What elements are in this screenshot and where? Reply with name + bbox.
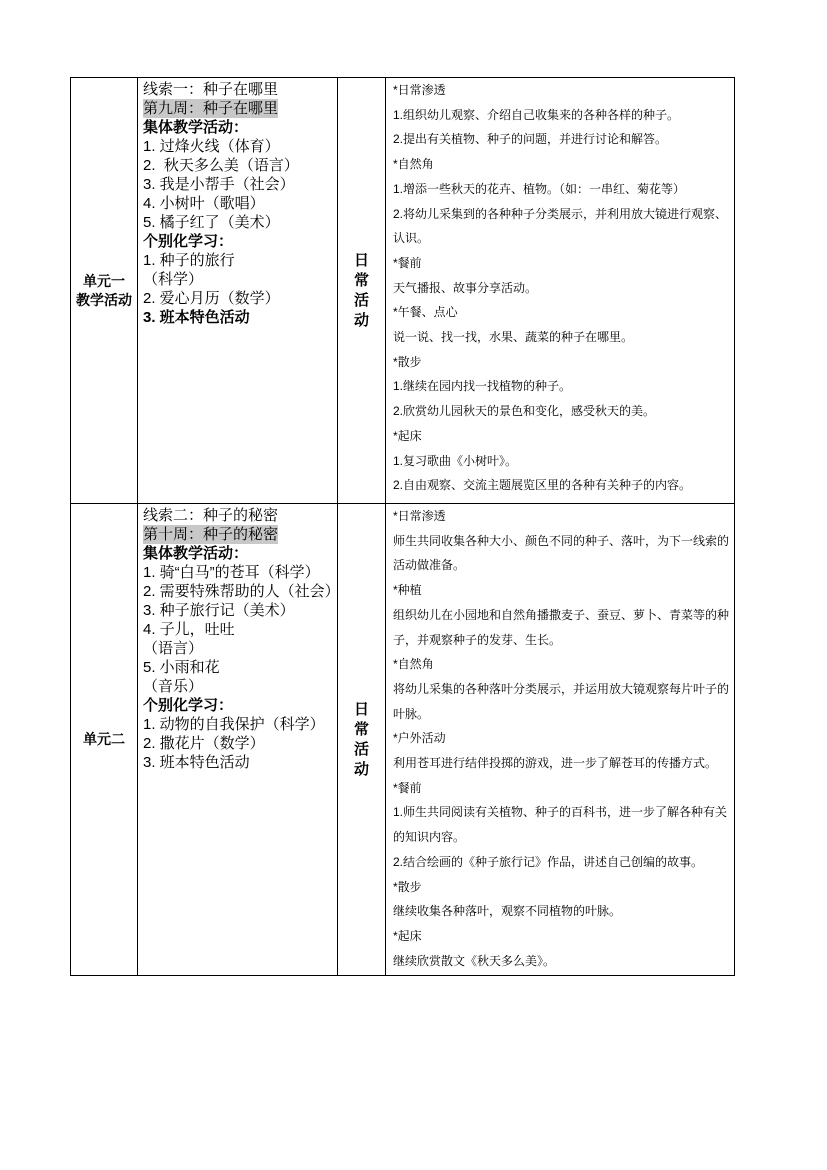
plan-line: （音乐） <box>143 677 203 696</box>
daily-line: 1.继续在园内找一找植物的种子。 <box>393 374 730 399</box>
daily-line: 组织幼儿在小园地和自然角播撒麦子、蚕豆、萝卜、青菜等的种 <box>393 603 730 628</box>
plan-line: 第十周：种子的秘密 <box>143 525 278 544</box>
plan-line: 1. 过烽火线（体育） <box>143 137 280 156</box>
plan-line: （科学） <box>143 270 203 289</box>
unit-1-daily-activities-label: 日常活动 <box>338 78 386 504</box>
daily-line: *日常渗透 <box>393 504 730 529</box>
plan-line: 线索二：种子的秘密 <box>143 506 278 525</box>
unit-label-line: 教学活动 <box>76 291 132 310</box>
daily-label-char: 常 <box>354 271 369 291</box>
unit-2-daily-details-cell: *日常渗透师生共同收集各种大小、颜色不同的种子、落叶，为下一线索的活动做准备。*… <box>386 504 734 975</box>
daily-line: *散步 <box>393 350 730 375</box>
daily-line: 2.欣赏幼儿园秋天的景色和变化，感受秋天的美。 <box>393 399 730 424</box>
plan-line: 线索一：种子在哪里 <box>143 80 278 99</box>
daily-line: 叶脉。 <box>393 702 730 727</box>
unit-1-daily-details-cell: *日常渗透1.组织幼儿观察、介绍自己收集来的各种各样的种子。2.提出有关植物、种… <box>386 78 734 504</box>
daily-line: *午餐、点心 <box>393 300 730 325</box>
daily-line: 2.结合绘画的《种子旅行记》作品，讲述自己创编的故事。 <box>393 850 730 875</box>
daily-line: 天气播报、故事分享活动。 <box>393 276 730 301</box>
daily-label-char: 常 <box>354 720 369 740</box>
plan-line: （语言） <box>143 639 203 658</box>
plan-line: 4. 小树叶（歌唱） <box>143 194 265 213</box>
plan-line: 个别化学习： <box>143 696 233 715</box>
plan-line: 个别化学习： <box>143 232 233 251</box>
daily-label-char: 日 <box>354 251 369 271</box>
plan-line: 4. 子儿，吐吐 <box>143 620 235 639</box>
daily-line: 1.复习歌曲《小树叶》。 <box>393 449 730 474</box>
daily-line: 2.将幼儿采集到的各种种子分类展示，并利用放大镜进行观察、 <box>393 202 730 227</box>
plan-line: 5. 小雨和花 <box>143 658 220 677</box>
plan-line: 1. 骑“白马”的苍耳（科学） <box>143 563 320 582</box>
unit-2-plan-cell: 线索二：种子的秘密第十周：种子的秘密集体教学活动：1. 骑“白马”的苍耳（科学）… <box>138 504 338 975</box>
plan-line: 2. 需要特殊帮助的人（社会） <box>143 582 335 601</box>
daily-label-char: 活 <box>354 291 369 311</box>
plan-line: 3. 班本特色活动 <box>143 308 250 327</box>
daily-line: *起床 <box>393 924 730 949</box>
plan-line: 3. 我是小帮手（社会） <box>143 175 295 194</box>
plan-line: 集体教学活动： <box>143 118 248 137</box>
plan-line: 集体教学活动： <box>143 544 248 563</box>
daily-line: 1.师生共同阅读有关植物、种子的百科书，进一步了解各种有关 <box>393 800 730 825</box>
unit-label-line: 单元二 <box>83 730 125 749</box>
plan-line: 2. 爱心月历（数学） <box>143 289 280 308</box>
daily-line: 2.自由观察、交流主题展览区里的各种有关种子的内容。 <box>393 473 730 498</box>
plan-line: 2. 撒花片（数学） <box>143 734 265 753</box>
document-page: 单元一教学活动 线索一：种子在哪里第九周：种子在哪里集体教学活动：1. 过烽火线… <box>0 0 827 1170</box>
daily-line: 继续收集各种落叶，观察不同植物的叶脉。 <box>393 899 730 924</box>
daily-line: *餐前 <box>393 251 730 276</box>
daily-label-char: 动 <box>354 311 369 331</box>
daily-line: 的知识内容。 <box>393 825 730 850</box>
daily-line: 说一说、找一找，水果、蔬菜的种子在哪里。 <box>393 325 730 350</box>
plan-line: 1. 动物的自我保护（科学） <box>143 715 325 734</box>
daily-label-char: 动 <box>354 760 369 780</box>
daily-line: 子，并观察种子的发芽、生长。 <box>393 628 730 653</box>
daily-line: 活动做准备。 <box>393 553 730 578</box>
daily-line: 师生共同收集各种大小、颜色不同的种子、落叶，为下一线索的 <box>393 529 730 554</box>
daily-line: 1.增添一些秋天的花卉、植物。（如：一串红、菊花等） <box>393 177 730 202</box>
plan-line: 3. 种子旅行记（美术） <box>143 601 295 620</box>
daily-line: *种植 <box>393 578 730 603</box>
daily-line: *起床 <box>393 424 730 449</box>
unit-1-label-cell: 单元一教学活动 <box>71 78 138 504</box>
daily-label-char: 活 <box>354 740 369 760</box>
weekly-schedule-table: 单元一教学活动 线索一：种子在哪里第九周：种子在哪里集体教学活动：1. 过烽火线… <box>70 77 735 976</box>
daily-line: *自然角 <box>393 152 730 177</box>
daily-line: *日常渗透 <box>393 78 730 103</box>
plan-line: 2. 秋天多么美（语言） <box>143 156 299 175</box>
plan-line: 第九周：种子在哪里 <box>143 99 278 118</box>
daily-line: 将幼儿采集的各种落叶分类展示，并运用放大镜观察每片叶子的 <box>393 677 730 702</box>
plan-line: 3. 班本特色活动 <box>143 753 250 772</box>
unit-2-daily-activities-label: 日常活动 <box>338 504 386 975</box>
daily-line: 利用苍耳进行结伴投掷的游戏，进一步了解苍耳的传播方式。 <box>393 751 730 776</box>
daily-line: 2.提出有关植物、种子的问题，并进行讨论和解答。 <box>393 127 730 152</box>
daily-line: 继续欣赏散文《秋天多么美》。 <box>393 949 730 974</box>
daily-line: 认识。 <box>393 226 730 251</box>
unit-2-label-cell: 单元二 <box>71 504 138 975</box>
daily-line: *餐前 <box>393 776 730 801</box>
plan-line: 5. 橘子红了（美术） <box>143 213 280 232</box>
daily-line: *自然角 <box>393 652 730 677</box>
daily-label-char: 日 <box>354 700 369 720</box>
unit-1-plan-cell: 线索一：种子在哪里第九周：种子在哪里集体教学活动：1. 过烽火线（体育）2. 秋… <box>138 78 338 504</box>
unit-label-line: 单元一 <box>83 272 125 291</box>
daily-line: 1.组织幼儿观察、介绍自己收集来的各种各样的种子。 <box>393 103 730 128</box>
plan-line: 1. 种子的旅行 <box>143 251 235 270</box>
daily-line: *散步 <box>393 875 730 900</box>
daily-line: *户外活动 <box>393 726 730 751</box>
